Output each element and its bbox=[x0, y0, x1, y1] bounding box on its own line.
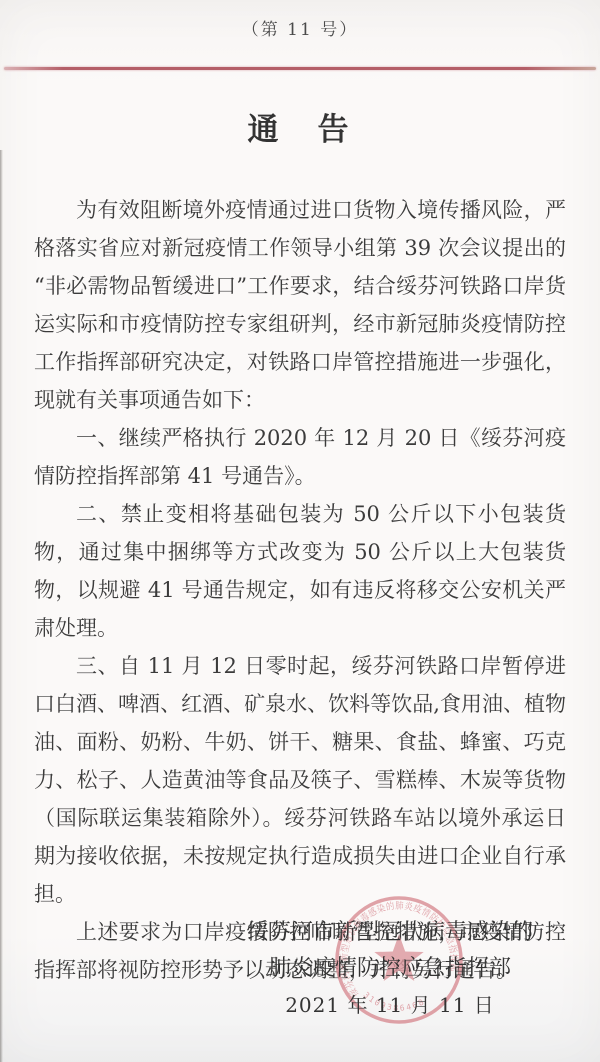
notice-body: 为有效阻断境外疫情通过进口货物入境传播风险，严格落实省应对新冠疫情工作领导小组第… bbox=[0, 191, 600, 989]
signature-block: 绥芬河市新型冠状病毒感染的 肺炎疫情防控应急指挥部 2021 年 11 月 11… bbox=[225, 915, 555, 1023]
page-title: 通 告 bbox=[0, 104, 600, 149]
paragraph-item-3: 三、自 11 月 12 日零时起，绥芬河铁路口岸暂停进口白酒、啤酒、红酒、矿泉水… bbox=[34, 647, 566, 913]
paragraph-item-1: 一、继续严格执行 2020 年 12 月 20 日《绥芬河疫情防控指挥部第 41… bbox=[34, 419, 566, 495]
red-divider-line bbox=[4, 67, 596, 70]
paragraph-intro: 为有效阻断境外疫情通过进口货物入境传播风险，严格落实省应对新冠疫情工作领导小组第… bbox=[34, 191, 566, 419]
signature-date: 2021 年 11 月 11 日 bbox=[225, 987, 555, 1023]
issue-number: （第 11 号） bbox=[0, 0, 600, 40]
signature-org-line-1: 绥芬河市新型冠状病毒感染的 bbox=[225, 915, 555, 951]
paragraph-item-2: 二、禁止变相将基础包装为 50 公斤以下小包装货物，通过集中捆绑等方式改变为 5… bbox=[34, 495, 566, 647]
signature-org-line-2: 肺炎疫情防控应急指挥部 bbox=[225, 951, 555, 987]
notice-document: （第 11 号） 通 告 为有效阻断境外疫情通过进口货物入境传播风险，严格落实省… bbox=[0, 0, 600, 1062]
